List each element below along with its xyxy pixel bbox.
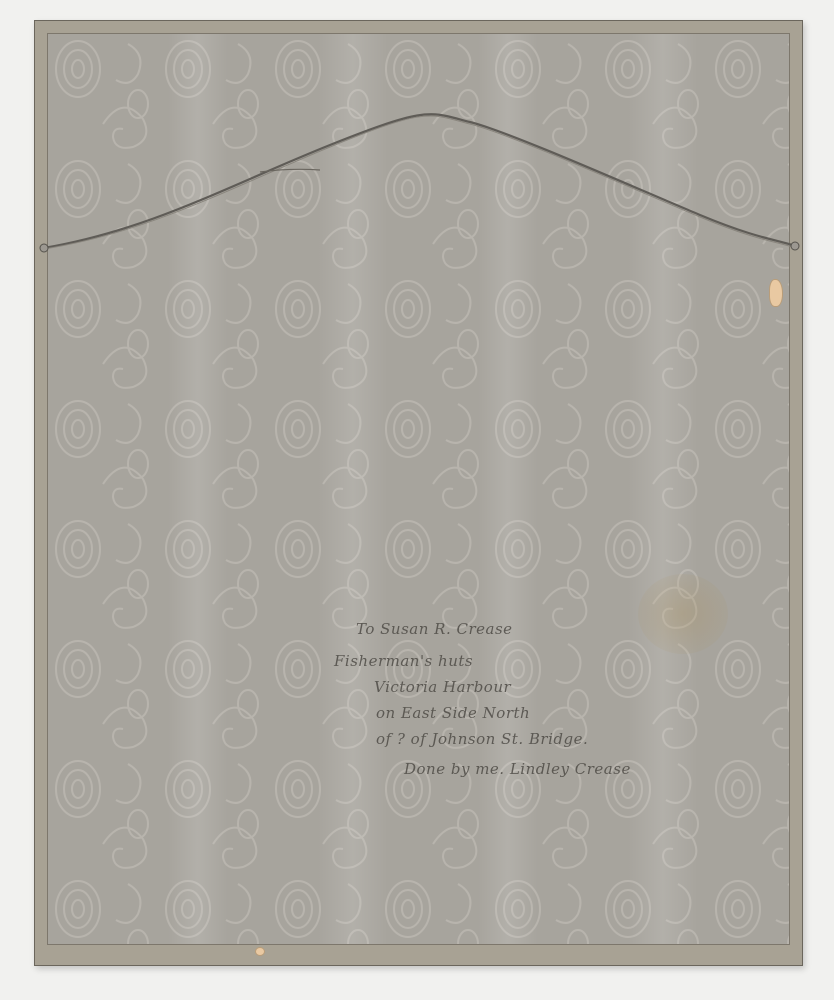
inscription-signature: Done by me. Lindley Crease [404,756,631,782]
inscription-line: To Susan R. Crease [356,616,631,642]
backing-paper [47,33,790,945]
light-band [478,34,538,944]
inscription-line: Fisherman's huts [334,648,631,674]
light-band [168,34,228,944]
tape-tear [255,947,265,956]
inscription-line: of ? of Johnson St. Bridge. [376,726,631,752]
inscription-line: on East Side North [376,700,631,726]
inscription-line: Victoria Harbour [374,674,631,700]
tape-tear [769,279,783,307]
picture-frame [34,20,803,966]
light-band [318,34,388,944]
pencil-inscription: To Susan R. Crease Fisherman's huts Vict… [356,616,631,782]
stain [638,574,728,654]
light-band [628,34,698,944]
